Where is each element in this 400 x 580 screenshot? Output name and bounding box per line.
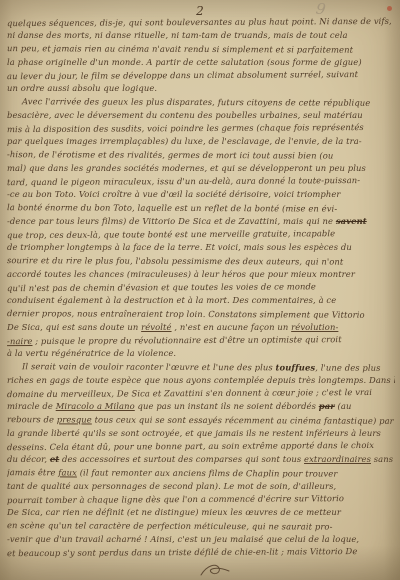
manuscript-line: desseins. Cela étant dû, pour une bonne … — [7, 439, 395, 455]
manuscript-line: -naire ; puisque le propre du révolution… — [7, 333, 395, 349]
red-ink-dot — [387, 6, 392, 11]
manuscript-line: mal) que dans les grandes sociétés moder… — [7, 162, 395, 175]
manuscript-line: Il serait vain de vouloir raconter l'œuv… — [7, 360, 395, 375]
underlined-word: -naire — [7, 336, 33, 346]
manuscript-line: -venir que d'un travail acharné ! Ainsi,… — [7, 533, 395, 546]
manuscript-line: -ce au bon Toto. Voici croître à vue d'œ… — [7, 188, 395, 201]
manuscript-line: en scène qu'un tel caractère de perfecti… — [7, 519, 395, 534]
manuscript-line: la grande liberté qu'ils se sont octroyé… — [7, 427, 395, 440]
manuscript-line: la bonté énorme du bon Toto, laquelle es… — [7, 201, 395, 216]
underlined-word: extraordinaires — [304, 454, 371, 464]
manuscript-line: -dence par tous leurs films) de Vittorio… — [7, 215, 395, 228]
manuscript-line: que trop, ces deux-là, que toute bonté e… — [7, 227, 395, 243]
manuscript-line: domaine du merveilleux, De Sica et Zavat… — [7, 386, 395, 402]
manuscript-line: dernier propos, nous entraîneraient trop… — [7, 307, 395, 322]
manuscript-line: tard, quand le pigeon miraculeux, issu d… — [7, 174, 395, 190]
manuscript-line: au lever du jour, le film se développe d… — [7, 68, 395, 84]
manuscript-line: conduisent également à la destruction et… — [7, 294, 395, 307]
manuscript-line: jamais être faux (il faut remonter aux a… — [7, 466, 395, 481]
bottom-flourish-mark — [198, 562, 232, 580]
struck-out-word: savent — [336, 216, 367, 226]
manuscript-line: par quelques images irremplaçables) du l… — [7, 135, 395, 148]
manuscript-line: rebours de presque tous ceux qui se sont… — [7, 413, 395, 428]
manuscript-line: miracle de Miracolo a Milano que pas un … — [7, 400, 395, 413]
manuscript-line: besacière, avec le déversement du conten… — [7, 109, 395, 122]
heavy-ink-word: touffues — [276, 362, 316, 372]
manuscript-line: à la vertu régénératrice de la violence. — [7, 347, 395, 360]
struck-out-word: par — [319, 401, 335, 411]
underlined-word: faux — [58, 467, 77, 477]
manuscript-line: tant de qualité aux personnages de secon… — [7, 480, 395, 493]
underlined-word: révolté — [141, 322, 171, 332]
struck-out-word: et — [50, 454, 59, 464]
manuscript-line: la phase originelle d'un monde. A partir… — [7, 56, 395, 69]
manuscript-line: quelques séquences, dis-je, qui sont bou… — [7, 15, 395, 31]
underlined-word: presque — [57, 414, 92, 424]
manuscript-line: -hison, de l'érotisme et des rivalités, … — [7, 148, 395, 163]
manuscript-line: un peu, et jamais rien au cinéma n'avait… — [7, 42, 395, 57]
manuscript-line: pourrait tomber à chaque ligne dès que l… — [7, 492, 395, 508]
manuscript-line: mis à la disposition des susdits, voici … — [7, 121, 395, 137]
manuscript-line: accordé toutes les chances (miraculeuses… — [7, 268, 395, 281]
manuscript-line: qu'il n'est pas de chemin d'évasion et q… — [7, 280, 395, 296]
manuscript-line: De Sica, car rien ne définit (et ne dist… — [7, 506, 395, 519]
manuscript-line: du décor, et des accessoires et surtout … — [7, 453, 395, 466]
manuscript-line: de triompher longtemps à la face de la t… — [7, 241, 395, 254]
manuscript-line: De Sica, qui est sans doute un révolté ,… — [7, 321, 395, 334]
manuscript-line: Avec l'arrivée des gueux les plus dispar… — [7, 95, 395, 110]
manuscript-line: ni danse des morts, ni danse rituelle, n… — [7, 29, 395, 42]
manuscript-line: riches en gags de toute espèce que nous … — [7, 374, 395, 387]
manuscript-line: un ordre aussi absolu que logique. — [7, 82, 395, 95]
underlined-word: Miracolo a Milano — [56, 401, 135, 411]
manuscript-line: et beaucoup s'y sont perdus dans un tris… — [7, 545, 395, 561]
manuscript-line: sourire et du rire le plus fou, l'absolu… — [7, 254, 395, 269]
underlined-word: révolution- — [291, 322, 338, 332]
manuscript-text-block: quelques séquences, dis-je, qui sont bou… — [7, 16, 395, 559]
